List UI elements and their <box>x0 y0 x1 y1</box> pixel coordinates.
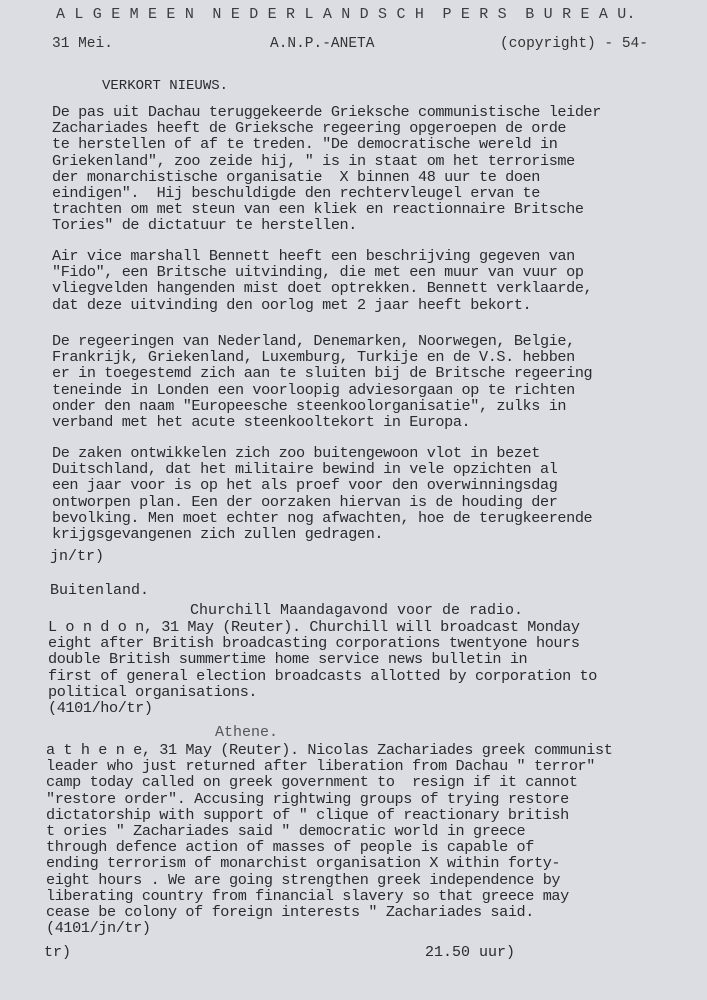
text-line: Duitschland, dat het militaire bewind in… <box>52 461 592 477</box>
churchill-headline: Churchill Maandagavond voor de radio. <box>190 602 523 619</box>
story-reference: (4101/jn/tr) <box>46 920 612 936</box>
text-line: krijgsgevangenen zich zullen gedragen. <box>52 526 592 542</box>
text-line: through defence action of masses of peop… <box>46 839 612 855</box>
text-line: De zaken ontwikkelen zich zoo buitengewo… <box>52 445 592 461</box>
athens-headline: Athene. <box>215 724 278 741</box>
text-line: dat deze uitvinding den oorlog met 2 jaa… <box>52 297 592 313</box>
text-line: er in toegestemd zich aan te sluiten bij… <box>52 365 592 381</box>
text-line: t ories " Zachariades said " democratic … <box>46 823 612 839</box>
footer-time: 21.50 uur) <box>425 944 515 961</box>
text-line: L o n d o n, 31 May (Reuter). Churchill … <box>48 619 597 635</box>
text-line: De pas uit Dachau teruggekeerde Grieksch… <box>52 104 601 120</box>
story-reference: (4101/ho/tr) <box>48 700 597 716</box>
paragraph-zachariades: De pas uit Dachau teruggekeerde Grieksch… <box>52 104 601 234</box>
athens-story: a t h e n e, 31 May (Reuter). Nicolas Za… <box>46 742 612 936</box>
text-line: verband met het acute steenkooltekort in… <box>52 414 592 430</box>
document-date: 31 Mei. <box>52 36 113 52</box>
text-line: "Fido", een Britsche uitvinding, die met… <box>52 264 592 280</box>
text-line: political organisations. <box>48 684 597 700</box>
text-line: a t h e n e, 31 May (Reuter). Nicolas Za… <box>46 742 612 758</box>
paragraph-germany: De zaken ontwikkelen zich zoo buitengewo… <box>52 445 592 542</box>
text-line: Griekenland", zoo zeide hij, " is in sta… <box>52 153 601 169</box>
text-line: De regeeringen van Nederland, Denemarken… <box>52 333 592 349</box>
paragraph-coal-organisation: De regeeringen van Nederland, Denemarken… <box>52 333 592 430</box>
text-line: een jaar voor is op het als proef voor d… <box>52 477 592 493</box>
text-line: eindigen". Hij beschuldigde den rechterv… <box>52 185 601 201</box>
signoff-reference: jn/tr) <box>50 548 104 565</box>
churchill-story: L o n d o n, 31 May (Reuter). Churchill … <box>48 619 597 716</box>
text-line: vliegvelden hangenden mist doet optrekke… <box>52 280 592 296</box>
text-line: Tories" de dictatuur te herstellen. <box>52 217 601 233</box>
text-line: ending terrorism of monarchist organisat… <box>46 855 612 871</box>
paragraph-fido: Air vice marshall Bennett heeft een besc… <box>52 248 592 313</box>
text-line: liberating country from financial slaver… <box>46 888 612 904</box>
text-line: dictatorship with support of " clique of… <box>46 807 612 823</box>
typewritten-document: A L G E M E E N N E D E R L A N D S C H … <box>0 0 707 1000</box>
text-line: Frankrijk, Griekenland, Luxemburg, Turki… <box>52 349 592 365</box>
text-line: "restore order". Accusing rightwing grou… <box>46 791 612 807</box>
copyright-page-number: (copyright) - 54- <box>500 36 648 52</box>
text-line: first of general election broadcasts all… <box>48 668 597 684</box>
text-line: der monarchistische organisatie X binnen… <box>52 169 601 185</box>
footer-signoff: tr) <box>44 944 71 961</box>
text-line: onder den naam "Europeesche steenkoolorg… <box>52 398 592 414</box>
text-line: teneinde in Londen een voorloopig advies… <box>52 382 592 398</box>
text-line: leader who just returned after liberatio… <box>46 758 612 774</box>
text-line: eight hours . We are going strengthen gr… <box>46 872 612 888</box>
text-line: bevolking. Men moet echter nog afwachten… <box>52 510 592 526</box>
section-buitenland: Buitenland. <box>50 582 149 599</box>
text-line: Air vice marshall Bennett heeft een besc… <box>52 248 592 264</box>
section-title: VERKORT NIEUWS. <box>102 78 228 94</box>
text-line: double British summertime home service n… <box>48 651 597 667</box>
text-line: camp today called on greek government to… <box>46 774 612 790</box>
text-line: Zachariades heeft de Grieksche regeering… <box>52 120 601 136</box>
text-line: te herstellen of af te treden. "De democ… <box>52 136 601 152</box>
agency-label: A.N.P.-ANETA <box>270 36 374 52</box>
text-line: eight after British broadcasting corpora… <box>48 635 597 651</box>
text-line: trachten om met steun van een kliek en r… <box>52 201 601 217</box>
text-line: ontworpen plan. Een der oorzaken hiervan… <box>52 494 592 510</box>
text-line: cease be colony of foreign interests " Z… <box>46 904 612 920</box>
masthead: A L G E M E E N N E D E R L A N D S C H … <box>56 6 636 23</box>
